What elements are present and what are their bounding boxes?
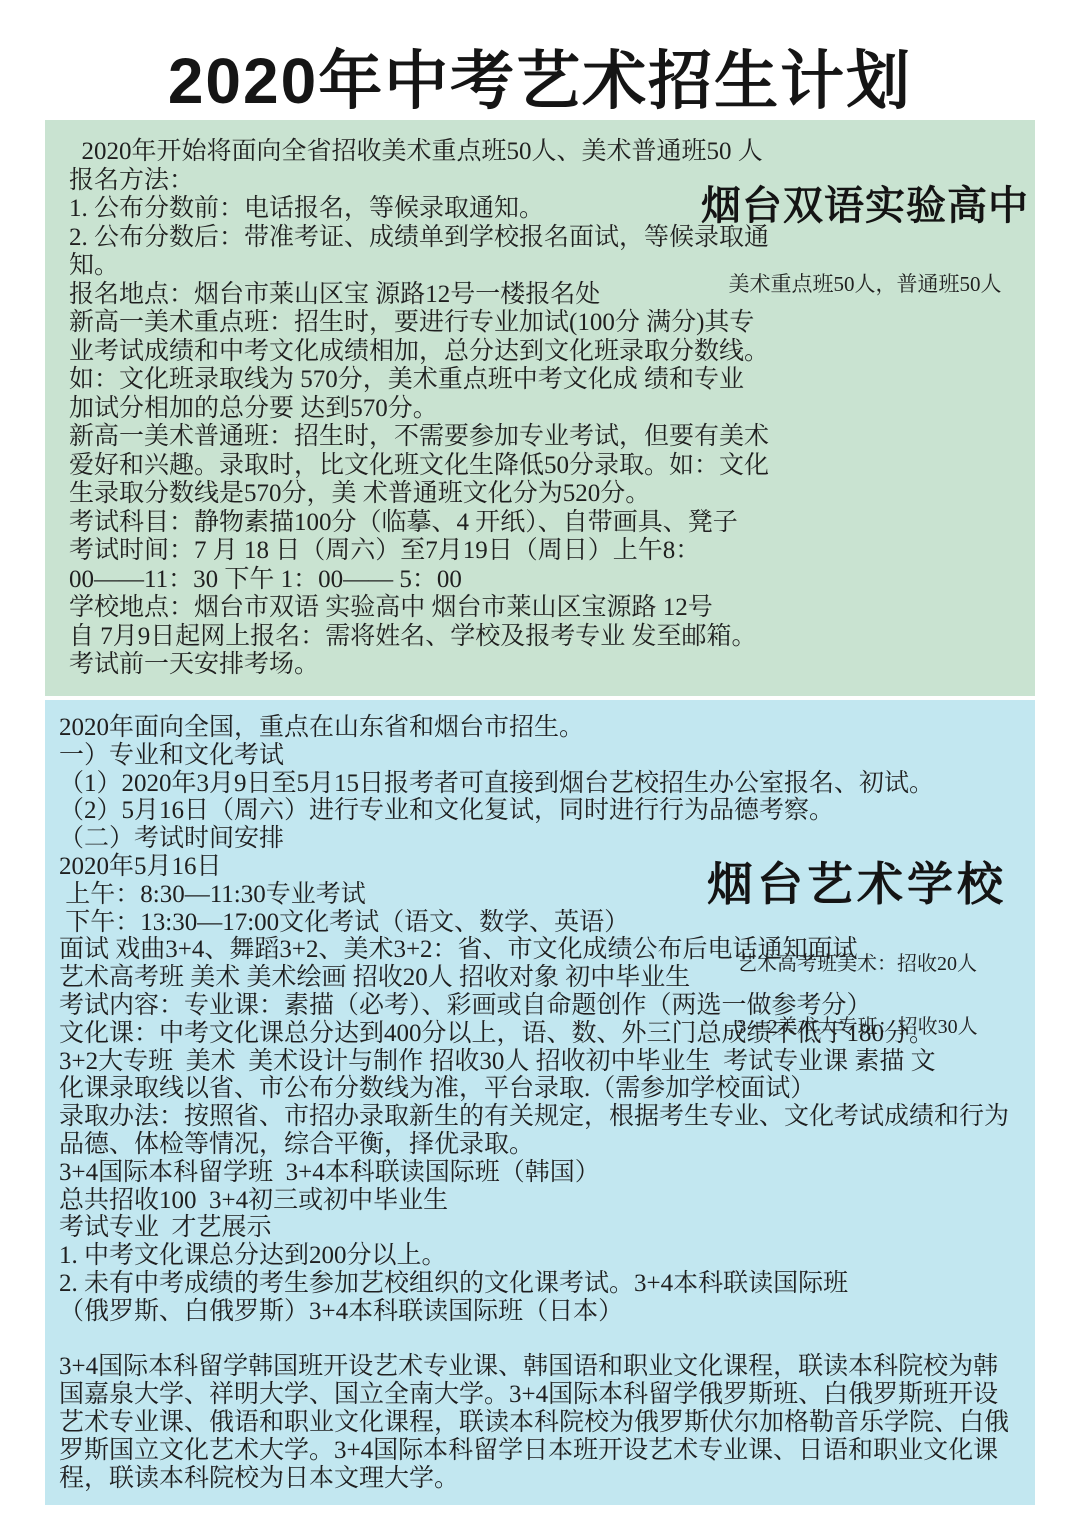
bilingual-highschool-header: 烟台双语实验高中 美术重点班50人，普通班50人 — [701, 138, 1029, 333]
text-line: 生录取分数线是570分，美 术普通班文化分为520分。 — [69, 480, 1035, 509]
text-line: 2020年面向全国，重点在山东省和烟台市招生。 — [59, 714, 1035, 742]
text-line: 总共招收100 3+4初三或初中毕业生 — [59, 1187, 1035, 1215]
text-line: （俄罗斯、白俄罗斯）3+4本科联读国际班（日本） — [59, 1298, 1035, 1326]
text-line: 新高一美术普通班：招生时，不需要参加专业考试，但要有美术 — [69, 423, 1035, 452]
text-line: 加试分相加的总分要 达到570分。 — [69, 395, 1035, 424]
art-school-quota-2: 3 + 2美术大专班：招收30人 — [707, 1015, 1007, 1040]
text-line: 业考试成绩和中考文化成绩相加，总分达到文化班录取分数线。 — [69, 338, 1035, 367]
text-line: 考试专业 才艺展示 — [59, 1214, 1035, 1242]
text-line: 国嘉泉大学、祥明大学、国立全南大学。3+4国际本科留学俄罗斯班、白俄罗斯班开设 — [59, 1381, 1035, 1409]
text-line: 程，联读本科院校为日本文理大学。 — [59, 1465, 1035, 1493]
text-line: 一）专业和文化考试 — [59, 742, 1035, 770]
text-line — [59, 1326, 1035, 1354]
text-line: 如：文化班录取线为 570分，美术重点班中考文化成 绩和专业 — [69, 366, 1035, 395]
art-school-header: 烟台艺术学校 艺术高考班美术：招收20人 3 + 2美术大专班：招收30人 — [707, 812, 1007, 1076]
text-line: 00——11：30 下午 1：00—— 5：00 — [69, 566, 1035, 595]
bilingual-highschool-quota: 美术重点班50人，普通班50人 — [701, 271, 1029, 297]
page-title: 2020年中考艺术招生计划 — [0, 30, 1080, 122]
text-line: 学校地点：烟台市双语 实验高中 烟台市莱山区宝源路 12号 — [69, 594, 1035, 623]
text-line: 2. 未有中考成绩的考生参加艺校组织的文化课考试。3+4本科联读国际班 — [59, 1270, 1035, 1298]
art-school-quota-1: 艺术高考班美术：招收20人 — [707, 952, 1007, 977]
text-line: 品德、体检等情况，综合平衡，择优录取。 — [59, 1131, 1035, 1159]
text-line: 罗斯国立文化艺术大学。3+4国际本科留学日本班开设艺术专业课、日语和职业文化课 — [59, 1437, 1035, 1465]
art-school-section: 2020年面向全国，重点在山东省和烟台市招生。一）专业和文化考试（1）2020年… — [45, 700, 1035, 1505]
bilingual-highschool-name: 烟台双语实验高中 — [701, 174, 1029, 231]
text-line: 化课录取线以省、市公布分数线为准，平台录取.（需参加学校面试） — [59, 1075, 1035, 1103]
text-line: 考试科目：静物素描100分（临摹、4 开纸）、自带画具、凳子 — [69, 509, 1035, 538]
text-line: 考试前一天安排考场。 — [69, 651, 1035, 680]
text-line: 录取办法：按照省、市招办录取新生的有关规定，根据考生专业、文化考试成绩和行为 — [59, 1103, 1035, 1131]
text-line: 考试时间：7 月 18 日（周六）至7月19日（周日）上午8： — [69, 537, 1035, 566]
text-line: 3+4国际本科留学班 3+4本科联读国际班（韩国） — [59, 1159, 1035, 1187]
text-line: 3+4国际本科留学韩国班开设艺术专业课、韩国语和职业文化课程，联读本科院校为韩 — [59, 1353, 1035, 1381]
art-school-name: 烟台艺术学校 — [707, 848, 1007, 914]
text-line: 艺术专业课、俄语和职业文化课程，联读本科院校为俄罗斯伏尔加格勒音乐学院、白俄 — [59, 1409, 1035, 1437]
text-line: 自 7月9日起网上报名：需将姓名、学校及报考专业 发至邮箱。 — [69, 623, 1035, 652]
bilingual-highschool-section: 2020年开始将面向全省招收美术重点班50人、美术普通班50 人报名方法：1. … — [45, 120, 1035, 696]
text-line: 1. 中考文化课总分达到200分以上。 — [59, 1242, 1035, 1270]
text-line: （1）2020年3月9日至5月15日报考者可直接到烟台艺校招生办公室报名、初试。 — [59, 770, 1035, 798]
text-line: 爱好和兴趣。录取时，比文化班文化生降低50分录取。如：文化 — [69, 452, 1035, 481]
